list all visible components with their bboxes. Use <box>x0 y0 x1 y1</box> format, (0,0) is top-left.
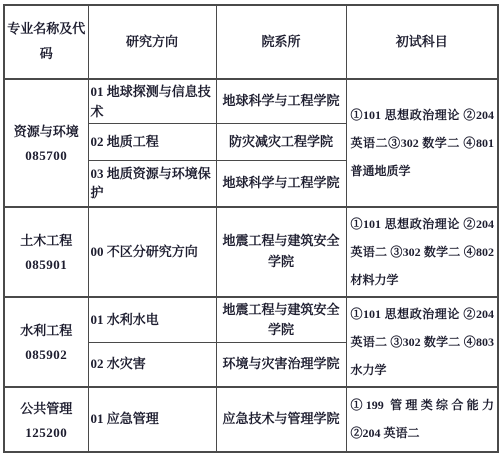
major-name: 水利工程 <box>7 320 86 339</box>
department-cell: 地震工程与建筑安全学院 <box>216 207 346 297</box>
table-row: 土木工程 085901 00 不区分研究方向 地震工程与建筑安全学院 ①101 … <box>4 207 498 297</box>
department-cell: 地球科学与工程学院 <box>216 79 346 124</box>
major-cell: 公共管理 125200 <box>4 387 88 452</box>
research-direction-cell: 01 地球探测与信息技术 <box>88 79 216 124</box>
department-cell: 地震工程与建筑安全学院 <box>216 297 346 343</box>
col-header-research-direction: 研究方向 <box>88 5 216 79</box>
research-direction-cell: 02 水灾害 <box>88 342 216 386</box>
major-cell: 水利工程 085902 <box>4 297 88 387</box>
research-direction-cell: 01 应急管理 <box>88 387 216 452</box>
major-name: 土木工程 <box>7 230 86 249</box>
major-code: 085902 <box>7 347 86 363</box>
major-name: 资源与环境 <box>7 121 86 140</box>
table-row: 公共管理 125200 01 应急管理 应急技术与管理学院 ①199 管理类综合… <box>4 387 498 452</box>
exam-subjects-cell: ①101 思想政治理论 ②204 英语二 ③302 数学二 ④802 材料力学 <box>346 207 498 297</box>
major-code: 085700 <box>7 148 86 164</box>
major-cell: 资源与环境 085700 <box>4 79 88 207</box>
research-direction-cell: 00 不区分研究方向 <box>88 207 216 297</box>
department-cell: 地球科学与工程学院 <box>216 161 346 207</box>
department-cell: 应急技术与管理学院 <box>216 387 346 452</box>
research-direction-cell: 02 地质工程 <box>88 124 216 161</box>
col-header-exam-subjects: 初试科目 <box>346 5 498 79</box>
department-cell: 环境与灾害治理学院 <box>216 342 346 386</box>
research-direction-cell: 03 地质资源与环境保护 <box>88 161 216 207</box>
major-code: 085901 <box>7 257 86 273</box>
major-code: 125200 <box>7 425 86 441</box>
table-row: 水利工程 085902 01 水利水电 地震工程与建筑安全学院 ①101 思想政… <box>4 297 498 343</box>
col-header-department: 院系所 <box>216 5 346 79</box>
research-direction-cell: 01 水利水电 <box>88 297 216 343</box>
page: 专业名称及代码 研究方向 院系所 初试科目 资源与环境 085700 01 地球… <box>0 0 500 447</box>
department-cell: 防灾减灾工程学院 <box>216 124 346 161</box>
table-header-row: 专业名称及代码 研究方向 院系所 初试科目 <box>4 5 498 79</box>
table-row: 资源与环境 085700 01 地球探测与信息技术 地球科学与工程学院 ①101… <box>4 79 498 124</box>
admissions-table: 专业名称及代码 研究方向 院系所 初试科目 资源与环境 085700 01 地球… <box>3 4 499 453</box>
exam-subjects-cell: ①199 管理类综合能力 ②204 英语二 <box>346 387 498 452</box>
major-name: 公共管理 <box>7 398 86 417</box>
major-cell: 土木工程 085901 <box>4 207 88 297</box>
exam-subjects-cell: ①101 思想政治理论 ②204 英语二 ③302 数学二 ④803 水力学 <box>346 297 498 387</box>
col-header-major-code: 专业名称及代码 <box>4 5 88 79</box>
exam-subjects-cell: ①101 思想政治理论 ②204 英语二③302 数学二 ④801 普通地质学 <box>346 79 498 207</box>
